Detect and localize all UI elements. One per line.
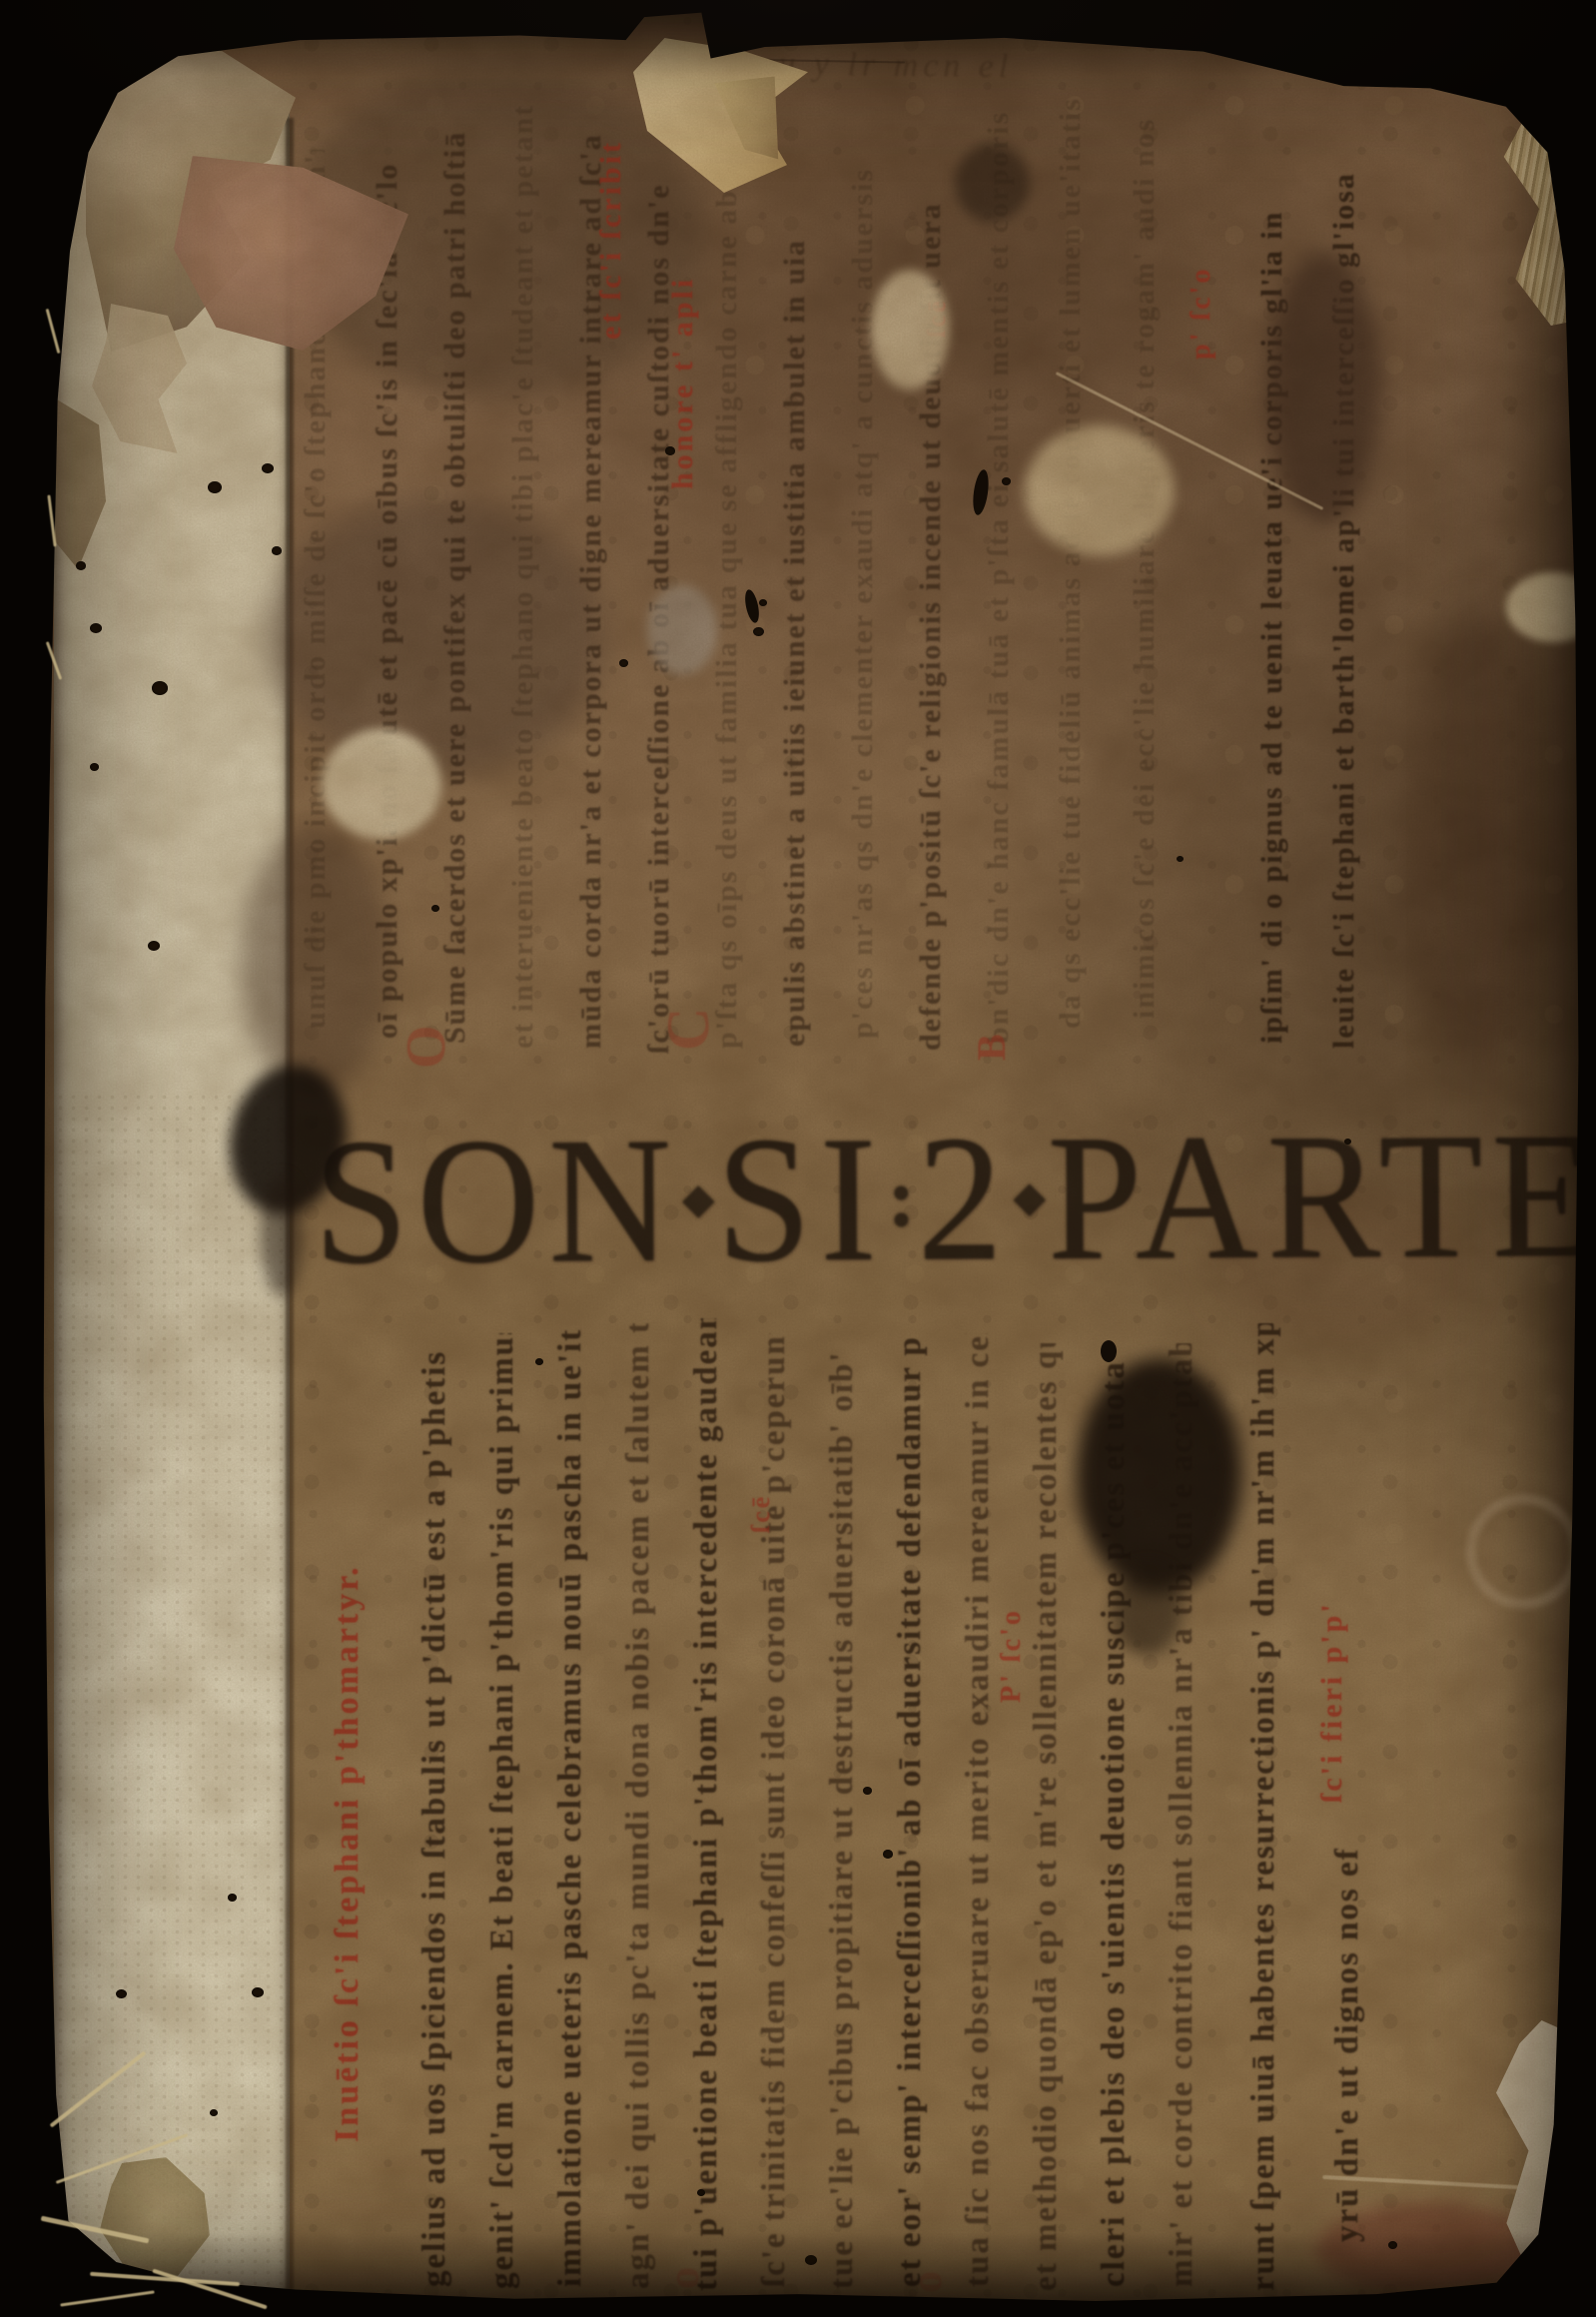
wormhole [1177, 856, 1184, 862]
wormhole [228, 1894, 237, 1902]
wormhole [753, 627, 764, 636]
manuscript-text-line: yrū dn'e ut dignos nos efficiat [1330, 1848, 1365, 2242]
manuscript-text-line: oī populo xp'iano ſalutē et pacē cū oību… [372, 110, 403, 1039]
wormhole [619, 659, 628, 667]
book-cover: In Onu y lr mcn el SON ◆ SI : 2 ◆ PARTE … [36, 8, 1580, 2301]
manuscript-text-line: epulis abstinet a uitiis ieiunet et iust… [779, 85, 811, 1047]
binding-thread-fiber [46, 309, 61, 354]
abrasion-patch [1506, 572, 1596, 642]
rubric-text-line: Inuētio ſc'i ſtephani p'thomartyr. [330, 1388, 366, 2142]
wormhole [431, 905, 439, 912]
torn-lining-bottom-right-corner [1496, 2020, 1596, 2310]
rubric-text-line: o [661, 2235, 707, 2289]
top-edge-inscription: In Onu y lr mcn el [675, 45, 1314, 90]
title-word: 2 [917, 1095, 1012, 1301]
damage-pit [743, 588, 762, 624]
wormhole [1002, 477, 1011, 485]
manuscript-text-line: et methodio quondā ep'o et m're sollenni… [1029, 1343, 1064, 2291]
dark-streak-right [1402, 607, 1552, 1067]
manuscript-text-line: Sūme ſacerdos et uere pontifex qui te ob… [439, 120, 471, 1044]
wormhole [208, 481, 222, 493]
rubric-text-line: honore t' apli [667, 145, 699, 489]
manuscript-text-line: da qs ecc'lie tue fideliū animas ad te c… [1055, 100, 1087, 1029]
manuscript-text-line: agn' dei qui tollis pc'ta mundi dona nob… [621, 1323, 656, 2289]
rubric-text-line: et ſc'i ſcribit [595, 90, 627, 340]
manuscript-text-line: bn'dic dn'e hanc famulā tuā et p'ſta ei … [983, 90, 1015, 1044]
photo-stage: In Onu y lr mcn el SON ◆ SI : 2 ◆ PARTE … [0, 0, 1596, 2317]
pale-water-ring [1466, 1494, 1581, 1609]
wormhole [76, 561, 86, 570]
spine-joint-line [286, 118, 294, 2291]
wormhole [863, 1787, 872, 1795]
diamond-separator-icon: ◆ [680, 1178, 717, 1220]
manuscript-text-line: ipſim' di o pignus ad te uenit leuata ue… [1256, 65, 1288, 1044]
colon-separator-icon: : [885, 1157, 917, 1240]
title-word: PARTE [1047, 1092, 1596, 1301]
wormhole [883, 1850, 893, 1859]
rubric-text-line: C [657, 971, 720, 1051]
rubric-text-line: P' ſc'o [997, 1580, 1026, 1703]
diamond-separator-icon: ◆ [1011, 1176, 1048, 1218]
wormhole [535, 1358, 543, 1365]
frayed-fibers-top-right-corner [1486, 66, 1596, 326]
rubric-text-line: ſcē [923, 278, 950, 338]
wormhole [90, 763, 99, 771]
rubric-text-line: B [971, 991, 1013, 1061]
binding-thread-fiber [60, 2290, 154, 2306]
manuscript-text-line: cleri et plebis deo s'uientis deuotione … [1097, 1338, 1132, 2287]
wormhole [759, 599, 767, 606]
manuscript-text-line: tui p'uentione beati ſtephani p'thom'ris… [689, 1318, 724, 2291]
manuscript-text-line: genit' ſcd'm carnem. Et beati ſtephani p… [485, 1333, 520, 2289]
manuscript-text-line: p'ſta qs oīps deus ut familia tua que se… [711, 75, 743, 1049]
manuscript-text-line: et interueniente beato ſtephano qui tibi… [507, 100, 539, 1049]
manuscript-text-line: tua ſic nos fac obseruare ut merito exau… [961, 1333, 996, 2287]
dark-wash-top-left [286, 68, 705, 397]
manuscript-text-line: runt ſpem uiuā habentes resurrectionis p… [1246, 1323, 1281, 2291]
manuscript-text-line: immolatione ueteris pasche celebramus no… [553, 1328, 588, 2287]
cover-shelfmark-title: SON ◆ SI : 2 ◆ PARTE ◆ CODI ◆ [313, 1096, 1580, 1302]
manuscript-text-line: unuſ die pmo incipit ordo miſſe de ſc'o … [300, 150, 332, 1029]
rubric-text-line: p' ſc'o [1187, 248, 1215, 360]
wormhole [1344, 1139, 1351, 1145]
manuscript-text-line: tue ec'lie p'cibus propitiare ut destruc… [825, 1343, 860, 2289]
damage-pit [1101, 1340, 1117, 1362]
manuscript-text-line: gelius ad uos ſpiciendos in ſtabulis ut … [417, 1343, 452, 2287]
wormhole [665, 446, 675, 455]
rubric-text-line: o [904, 2239, 950, 2293]
manuscript-text-line: mir' et corde contrito fiant sollennia n… [1165, 1343, 1199, 2287]
spine-parchment-strip [54, 108, 290, 2293]
wormhole [210, 2109, 218, 2116]
wormhole [697, 2189, 705, 2196]
rubric-text-line: O [398, 1007, 456, 1069]
wormhole [272, 546, 282, 555]
manuscript-text-line: p'ces nr'as qs dn'e clementer exaudi atq… [847, 100, 879, 1039]
title-word: SI [716, 1096, 886, 1303]
rubric-text-line: ſc'i fieri p'p' [1316, 1493, 1348, 1803]
wormhole [152, 681, 168, 695]
wormhole [805, 2255, 817, 2265]
manuscript-text-line: inimicos ſc'e dei ecc'lie humiliare dign… [1129, 115, 1161, 1019]
manuscript-text-line: leuite ſc'i ſtephani et barth'lomei ap'l… [1328, 60, 1360, 1049]
wormhole [1388, 2241, 1397, 2249]
title-word: SON [313, 1097, 680, 1305]
rubric-text-line: ſcē [747, 1468, 774, 1533]
manuscript-text-line: defende p'positū ſc'e religionis incende… [915, 80, 947, 1051]
manuscript-text-line: et eor' semp' interceſſionib' ab oī adue… [893, 1338, 928, 2287]
